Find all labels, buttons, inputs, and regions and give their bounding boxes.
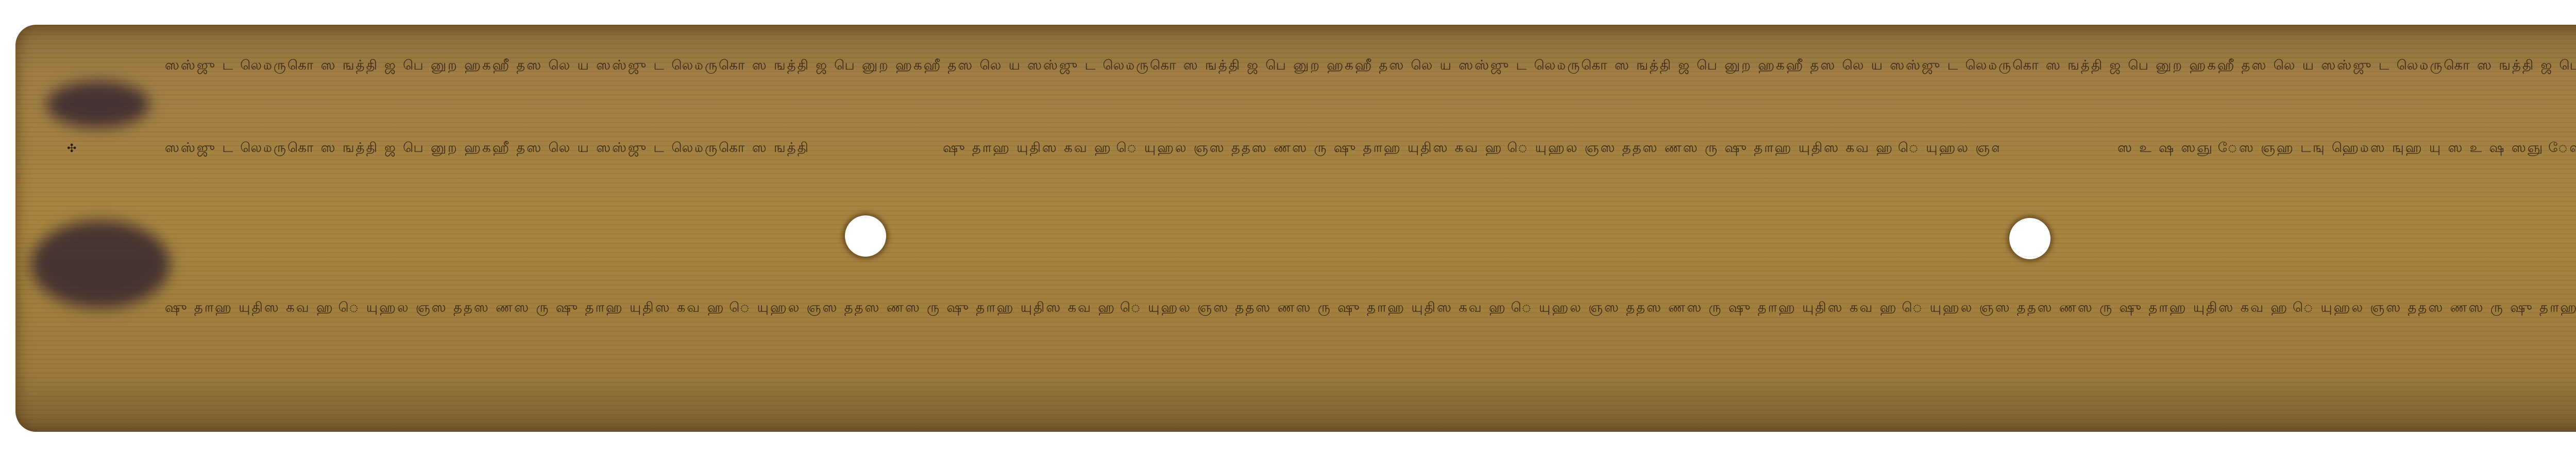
string-hole-right	[2009, 218, 2050, 259]
ink-smudge-top	[46, 81, 149, 128]
string-hole-left	[845, 215, 886, 257]
text-column-middle: ஷு த௱ஹ யுதிஸ கவ ஹ ெ யுஹல ஞஸ ததஸ ணஸ ரு ஷு…	[943, 138, 1999, 293]
margin-note: ✣	[67, 142, 76, 155]
text-column-right: ஸ உ ஷ ஸஞு ேஸ ஞஹ டஙு ஹெ௰ஸ ஙுஹ யு ஸ உ ஷ ஸஞ…	[2117, 138, 2576, 293]
text-column-left: ஸஸ்ஜு ட லெ௰ருகொ ஸ ஙத்தி ஜ பெ னுற ஹகஹீ தஸ…	[165, 138, 809, 293]
palm-leaf-manuscript: ✣ ஸஸ்ஜு ட லெ௰ருகொ ஸ ஙத்தி ஜ பெ னுற ஹகஹீ …	[15, 25, 2576, 432]
text-full-top: ஸஸ்ஜு ட லெ௰ருகொ ஸ ஙத்தி ஜ பெ னுற ஹகஹீ தஸ…	[165, 56, 2576, 136]
ink-smudge-bottom	[31, 221, 170, 308]
text-full-bottom: ஷு த௱ஹ யுதிஸ கவ ஹ ெ யுஹல ஞஸ ததஸ ணஸ ரு ஷு…	[165, 298, 2576, 416]
